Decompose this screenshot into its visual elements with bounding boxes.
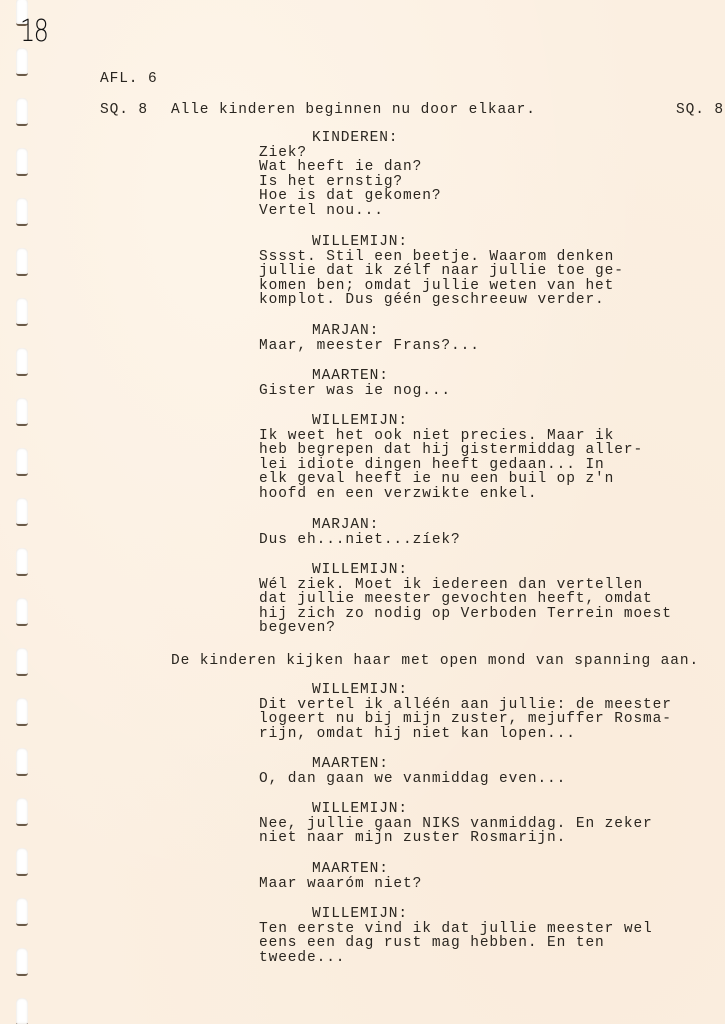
dialogue-line: jullie dat ik zélf naar jullie toe ge- [259, 264, 624, 279]
dialogue-line: O, dan gaan we vanmiddag even... [259, 772, 566, 787]
dialogue-line: Vertel nou... [259, 204, 441, 219]
dialogue-block: MARJAN: Maar, meester Frans?... [259, 324, 480, 353]
binder-hole [16, 548, 28, 576]
dialogue-line: Maar waaróm niet? [259, 877, 422, 892]
dialogue-block: WILLEMIJN: Ik weet het ook niet precies.… [259, 414, 643, 502]
dialogue-line: elk geval heeft ie nu een buil op z'n [259, 472, 643, 487]
speaker-name: WILLEMIJN: [259, 802, 653, 817]
dialogue-line: niet naar mijn zuster Rosmarijn. [259, 831, 653, 846]
scene-action: Alle kinderen beginnen nu door elkaar. [171, 103, 536, 118]
dialogue-line: Wél ziek. Moet ik iedereen dan vertellen [259, 578, 672, 593]
binder-hole [16, 798, 28, 826]
speaker-name: WILLEMIJN: [259, 235, 624, 250]
dialogue-line: heb begrepen dat hij gistermiddag aller- [259, 443, 643, 458]
dialogue-line: Dus eh...niet...zíek? [259, 533, 461, 548]
dialogue-block: WILLEMIJN: Dit vertel ik alléén aan jull… [259, 683, 672, 741]
stage-direction: De kinderen kijken haar met open mond va… [171, 654, 699, 669]
binder-hole [16, 298, 28, 326]
dialogue-block: MAARTEN: Maar waaróm niet? [259, 862, 422, 891]
binder-hole [16, 848, 28, 876]
binder-hole [16, 698, 28, 726]
binder-hole [16, 748, 28, 776]
dialogue-line: hij zich zo nodig op Verboden Terrein mo… [259, 607, 672, 622]
dialogue-block: MARJAN: Dus eh...niet...zíek? [259, 518, 461, 547]
binder-hole [16, 898, 28, 926]
dialogue-block: WILLEMIJN: Sssst. Stil een beetje. Waaro… [259, 235, 624, 308]
dialogue-line: Is het ernstig? [259, 175, 441, 190]
binder-hole [16, 148, 28, 176]
dialogue-block: MAARTEN: O, dan gaan we vanmiddag even..… [259, 757, 566, 786]
speaker-name: MAARTEN: [259, 757, 566, 772]
dialogue-line: tweede... [259, 951, 653, 966]
binder-hole [16, 348, 28, 376]
binder-hole [16, 498, 28, 526]
dialogue-line: Ten eerste vind ik dat jullie meester we… [259, 922, 653, 937]
dialogue-block: WILLEMIJN: Ten eerste vind ik dat jullie… [259, 907, 653, 965]
dialogue-line: begeven? [259, 621, 672, 636]
speaker-name: MAARTEN: [259, 369, 451, 384]
dialogue-line: hoofd en een verzwikte enkel. [259, 487, 643, 502]
dialogue-line: Hoe is dat gekomen? [259, 189, 441, 204]
dialogue-line: komplot. Dus géén geschreeuw verder. [259, 293, 624, 308]
dialogue-line: Ziek? [259, 146, 441, 161]
binder-hole [16, 98, 28, 126]
dialogue-line: Nee, jullie gaan NIKS vanmiddag. En zeke… [259, 817, 653, 832]
dialogue-line: lei idiote dingen heeft gedaan... In [259, 458, 643, 473]
dialogue-block: KINDEREN: Ziek? Wat heeft ie dan? Is het… [259, 131, 441, 219]
scene-label-right: SQ. 8 [676, 103, 724, 118]
dialogue-block: MAARTEN: Gister was ie nog... [259, 369, 451, 398]
episode-label: AFL. 6 [100, 72, 158, 87]
binder-holes [16, 0, 30, 1024]
speaker-name: WILLEMIJN: [259, 414, 643, 429]
binder-hole [16, 398, 28, 426]
speaker-name: MARJAN: [259, 518, 461, 533]
dialogue-line: komen ben; omdat jullie weten van het [259, 279, 624, 294]
dialogue-line: logeert nu bij mijn zuster, mejuffer Ros… [259, 712, 672, 727]
dialogue-line: Wat heeft ie dan? [259, 160, 441, 175]
binder-hole [16, 248, 28, 276]
speaker-name: KINDEREN: [259, 131, 441, 146]
dialogue-line: rijn, omdat hij niet kan lopen... [259, 727, 672, 742]
speaker-name: WILLEMIJN: [259, 683, 672, 698]
dialogue-block: WILLEMIJN: Wél ziek. Moet ik iedereen da… [259, 563, 672, 636]
page-number: 18 [20, 14, 47, 49]
dialogue-line: Maar, meester Frans?... [259, 339, 480, 354]
dialogue-line: dat jullie meester gevochten heeft, omda… [259, 592, 672, 607]
dialogue-block: WILLEMIJN: Nee, jullie gaan NIKS vanmidd… [259, 802, 653, 846]
binder-hole [16, 598, 28, 626]
scene-label-left: SQ. 8 [100, 103, 148, 118]
binder-hole [16, 198, 28, 226]
dialogue-line: Ik weet het ook niet precies. Maar ik [259, 429, 643, 444]
speaker-name: WILLEMIJN: [259, 907, 653, 922]
speaker-name: MAARTEN: [259, 862, 422, 877]
binder-hole [16, 648, 28, 676]
speaker-name: MARJAN: [259, 324, 480, 339]
speaker-name: WILLEMIJN: [259, 563, 672, 578]
dialogue-line: Sssst. Stil een beetje. Waarom denken [259, 250, 624, 265]
dialogue-line: eens een dag rust mag hebben. En ten [259, 936, 653, 951]
binder-hole [16, 448, 28, 476]
dialogue-line: Dit vertel ik alléén aan jullie: de mees… [259, 698, 672, 713]
binder-hole [16, 998, 28, 1024]
binder-hole [16, 948, 28, 976]
binder-hole [16, 48, 28, 76]
dialogue-line: Gister was ie nog... [259, 384, 451, 399]
